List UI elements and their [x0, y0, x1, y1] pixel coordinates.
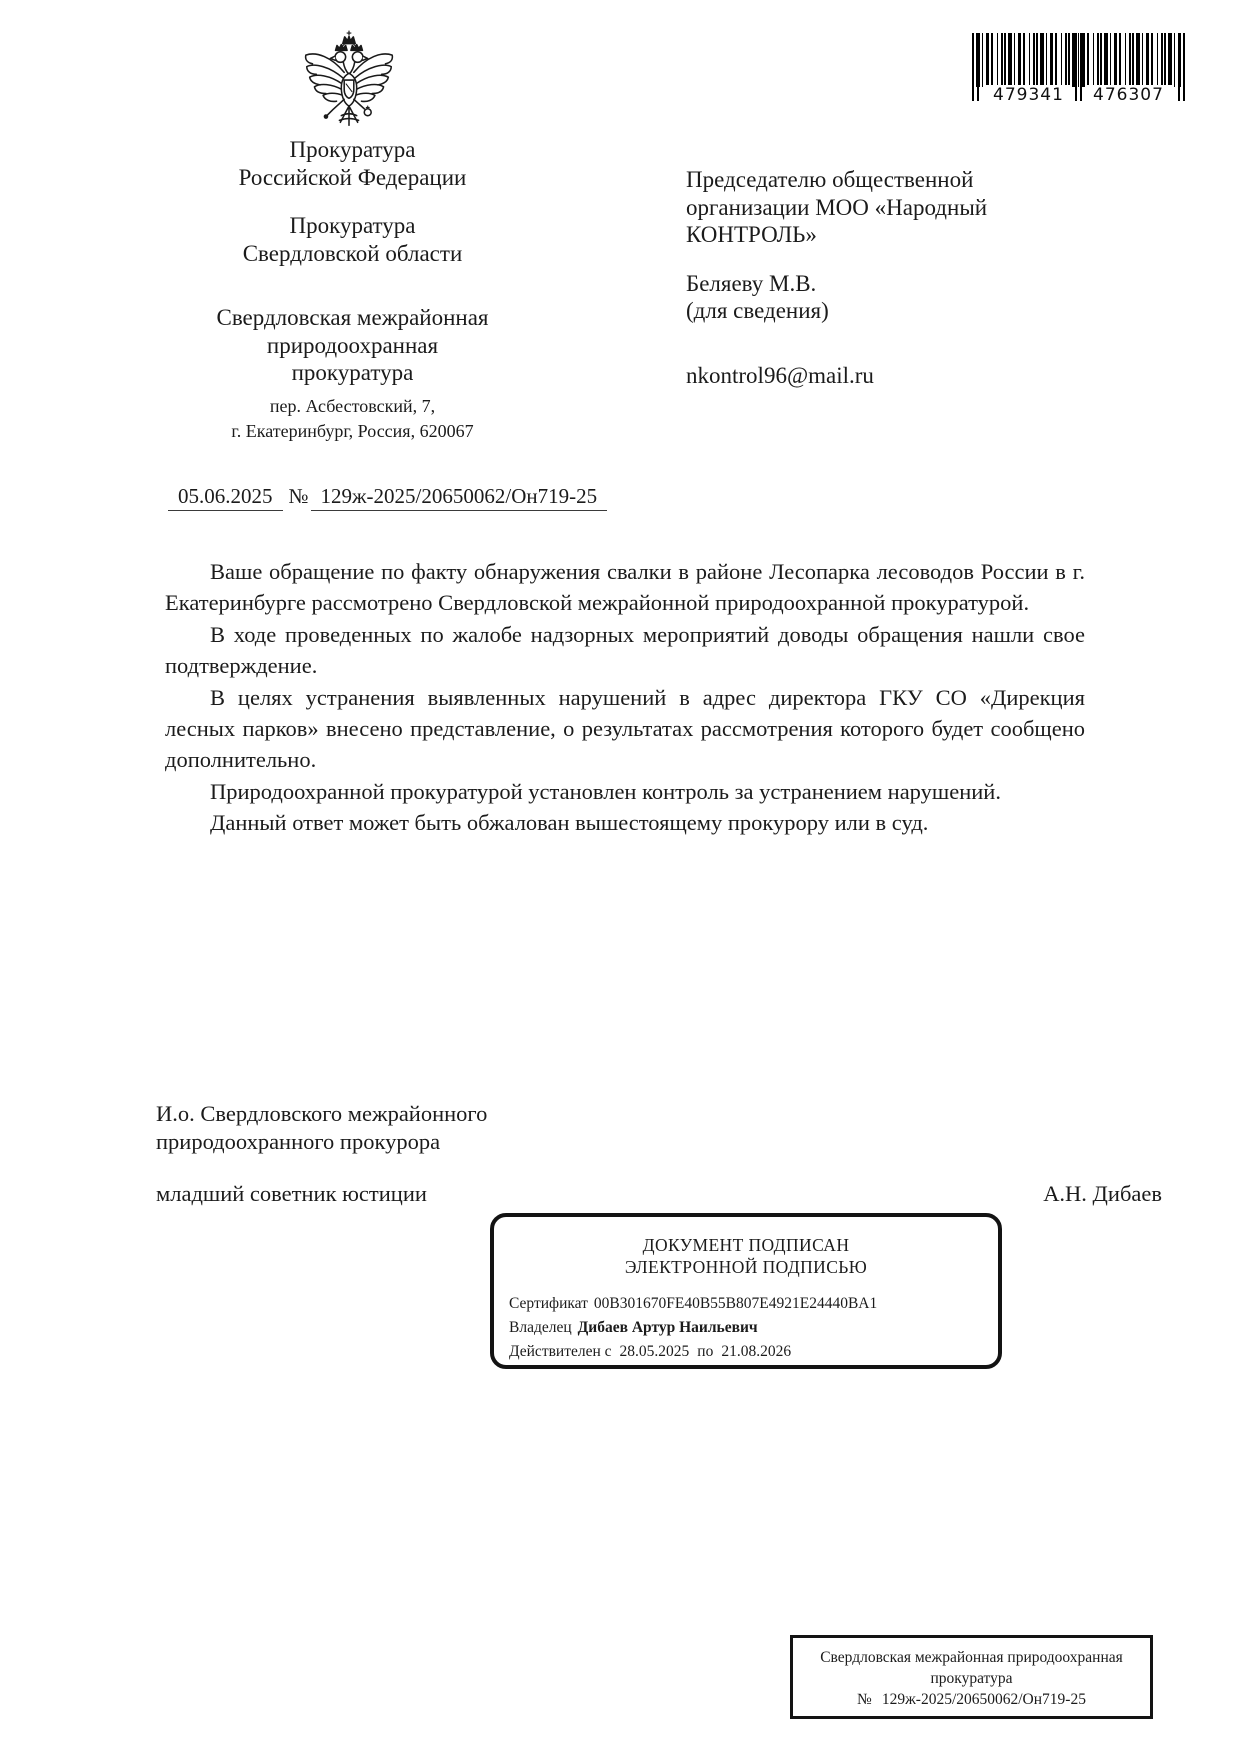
sender-address-block: пер. Асбестовский, 7, г. Екатеринбург, Р…: [175, 394, 530, 444]
letter-body: Ваше обращение по факту обнаружения свал…: [165, 556, 1085, 839]
esign-stamp-title-line: ДОКУМЕНТ ПОДПИСАН: [505, 1235, 987, 1257]
barcode: 479341 476307: [972, 33, 1185, 105]
footer-number-sign: №: [857, 1691, 872, 1708]
recipient-line: КОНТРОЛЬ»: [686, 221, 1106, 249]
sender-address-line: пер. Асбестовский, 7,: [175, 394, 530, 419]
sender-org-line: природоохранная: [175, 332, 530, 360]
esign-certificate-label: Сертификат: [509, 1295, 588, 1312]
reference-number: 129ж-2025/20650062/Он719-25: [311, 484, 608, 511]
esign-valid-to: 21.08.2026: [721, 1343, 791, 1360]
esign-valid-from: 28.05.2025: [620, 1343, 690, 1360]
recipient-note: (для сведения): [686, 297, 1106, 325]
reference-line: 05.06.2025№129ж-2025/20650062/Он719-25: [168, 484, 607, 509]
sender-org-line: Свердловская межрайонная: [175, 304, 530, 332]
body-paragraph: В ходе проведенных по жалобе надзорных м…: [165, 619, 1085, 682]
recipient-block: Председателю общественной организации МО…: [686, 166, 1106, 389]
barcode-number-right: 476307: [1086, 85, 1172, 105]
footer-org-line: прокуратура: [793, 1668, 1150, 1689]
sender-org-line: прокуратура: [175, 359, 530, 387]
esign-owner-value: Дибаев Артур Наильевич: [578, 1319, 758, 1336]
document-page: Прокуратура Российской Федерации Прокура…: [0, 0, 1241, 1754]
sender-org-line: Российской Федерации: [175, 164, 530, 192]
barcode-number-left: 479341: [986, 85, 1072, 105]
footer-org-line: Свердловская межрайонная природоохранная: [793, 1647, 1150, 1668]
body-paragraph: Ваше обращение по факту обнаружения свал…: [165, 556, 1085, 619]
russia-coat-of-arms-icon: [301, 30, 397, 134]
signature-block: И.о. Свердловского межрайонного природоо…: [156, 1100, 1162, 1208]
esign-owner-row: ВладелецДибаев Артур Наильевич: [509, 1316, 987, 1340]
footer-number: 129ж-2025/20650062/Он719-25: [882, 1691, 1086, 1708]
footer-registration-stamp: Свердловская межрайонная природоохранная…: [790, 1635, 1153, 1719]
body-paragraph: В целях устранения выявленных нарушений …: [165, 682, 1085, 776]
signature-name: А.Н. Дибаев: [1043, 1180, 1162, 1208]
esign-owner-label: Владелец: [509, 1319, 572, 1336]
esign-stamp-title-line: ЭЛЕКТРОННОЙ ПОДПИСЬЮ: [505, 1257, 987, 1279]
esign-validity-row: Действителен с28.05.2025по21.08.2026: [509, 1340, 987, 1364]
sender-federation-block: Прокуратура Российской Федерации: [175, 136, 530, 191]
recipient-line: Председателю общественной: [686, 166, 1106, 194]
reference-number-sign: №: [289, 484, 309, 508]
esign-validity-label: Действителен с: [509, 1343, 612, 1360]
sender-org-line: Свердловской области: [175, 240, 530, 268]
recipient-email: nkontrol96@mail.ru: [686, 362, 1106, 390]
sender-org-line: Прокуратура: [175, 212, 530, 240]
sender-org-line: Прокуратура: [175, 136, 530, 164]
esign-validity-to-label: по: [697, 1343, 713, 1360]
esign-stamp: ДОКУМЕНТ ПОДПИСАН ЭЛЕКТРОННОЙ ПОДПИСЬЮ С…: [490, 1213, 1002, 1369]
signature-rank: младший советник юстиции: [156, 1180, 427, 1208]
barcode-bars: [972, 33, 1185, 87]
esign-certificate-value: 00B301670FE40B55B807E4921E24440BA1: [594, 1295, 877, 1312]
sender-address-line: г. Екатеринбург, Россия, 620067: [175, 419, 530, 444]
sender-region-block: Прокуратура Свердловской области: [175, 212, 530, 267]
sender-office-block: Свердловская межрайонная природоохранная…: [175, 304, 530, 387]
esign-certificate-row: Сертификат00B301670FE40B55B807E4921E2444…: [509, 1292, 987, 1316]
body-paragraph: Природоохранной прокуратурой установлен …: [165, 776, 1085, 807]
signature-position-line: природоохранного прокурора: [156, 1128, 1162, 1156]
reference-date: 05.06.2025: [168, 484, 283, 511]
recipient-name: Беляеву М.В.: [686, 270, 1106, 298]
recipient-line: организации МОО «Народный: [686, 194, 1106, 222]
body-paragraph: Данный ответ может быть обжалован вышест…: [165, 807, 1085, 838]
signature-position-line: И.о. Свердловского межрайонного: [156, 1100, 1162, 1128]
